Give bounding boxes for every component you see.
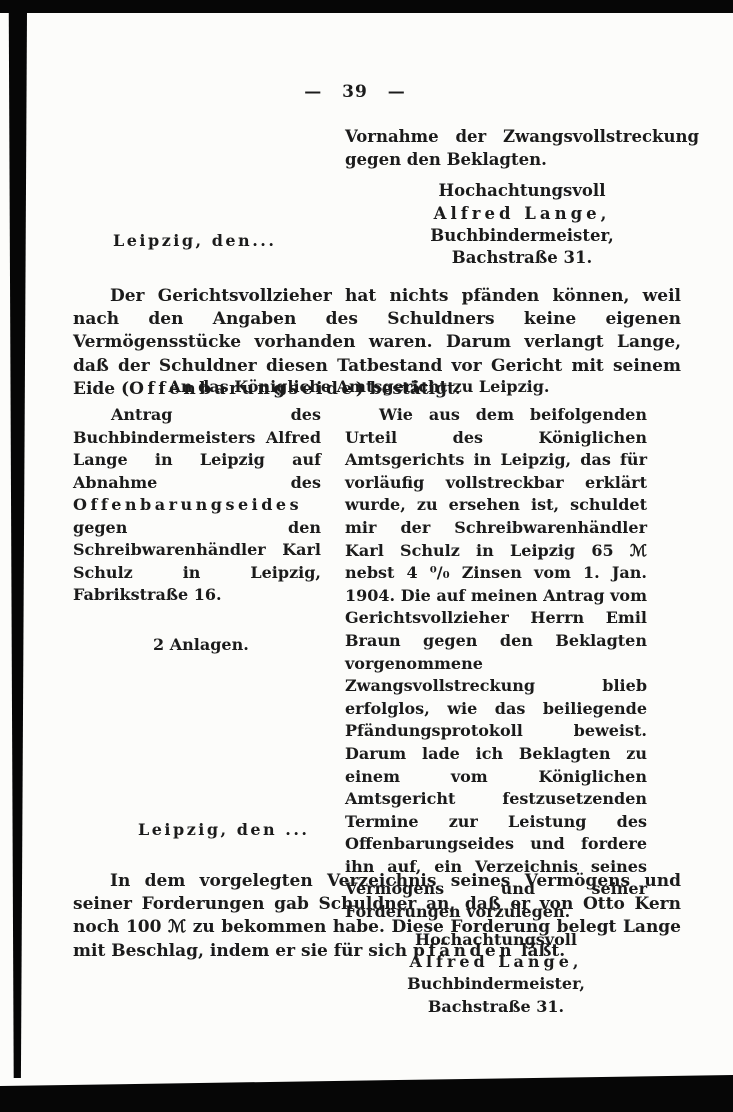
margin-note-start: Antrag des Buchbindermeisters Alfred Lan… [73, 405, 321, 492]
signature-address-2: Bachstraße 31. [345, 996, 647, 1018]
carryover-letter-end: Vornahme der Zwangsvollstreckung gegen d… [345, 126, 699, 270]
enclosures-note: 2 Anlagen. [153, 634, 321, 657]
scan-edge-left [8, 12, 27, 1078]
signature-name: Alfred Lange, [345, 203, 699, 225]
signature-block-1: Hochachtungsvoll Alfred Lange, Buchbinde… [345, 180, 699, 270]
petition-heading: An das Königliche Amtsgericht zu Leipzig… [73, 377, 645, 396]
body-paragraph-2: In dem vorgelegten Verzeichnis seines Ve… [73, 870, 681, 963]
carryover-paragraph: Vornahme der Zwangsvollstreckung gegen d… [345, 126, 699, 171]
signature-address: Bachstraße 31. [345, 247, 699, 269]
scan-edge-bottom [0, 1074, 733, 1112]
spaced-term-pfaenden: pfänden [413, 941, 515, 961]
page-number: — 39 — [0, 82, 710, 102]
petition-body: Wie aus dem beifolgenden Urteil des Köni… [345, 404, 647, 924]
closing-salutation: Hochachtungsvoll [345, 180, 699, 202]
paragraph-2-end: läßt. [515, 941, 565, 961]
dateline-1: Leipzig, den... [113, 231, 276, 250]
petition-margin-note: Antrag des Buchbindermeisters Alfred Lan… [73, 404, 321, 607]
scan-edge-top [0, 0, 733, 13]
signature-title: Buchbindermeister, [345, 225, 699, 247]
signature-title-2: Buchbindermeister, [345, 973, 647, 995]
paragraph-2-text: In dem vorgelegten Verzeichnis seines Ve… [73, 871, 681, 961]
document-page: — 39 — Vornahme der Zwangsvollstreckung … [0, 0, 733, 1112]
dateline-2: Leipzig, den ... [138, 820, 309, 839]
spaced-term-offenbarungseides: Offenbarungseides [73, 495, 302, 514]
margin-note-end: gegen den Schreibwarenhändler Karl Schul… [73, 518, 321, 605]
